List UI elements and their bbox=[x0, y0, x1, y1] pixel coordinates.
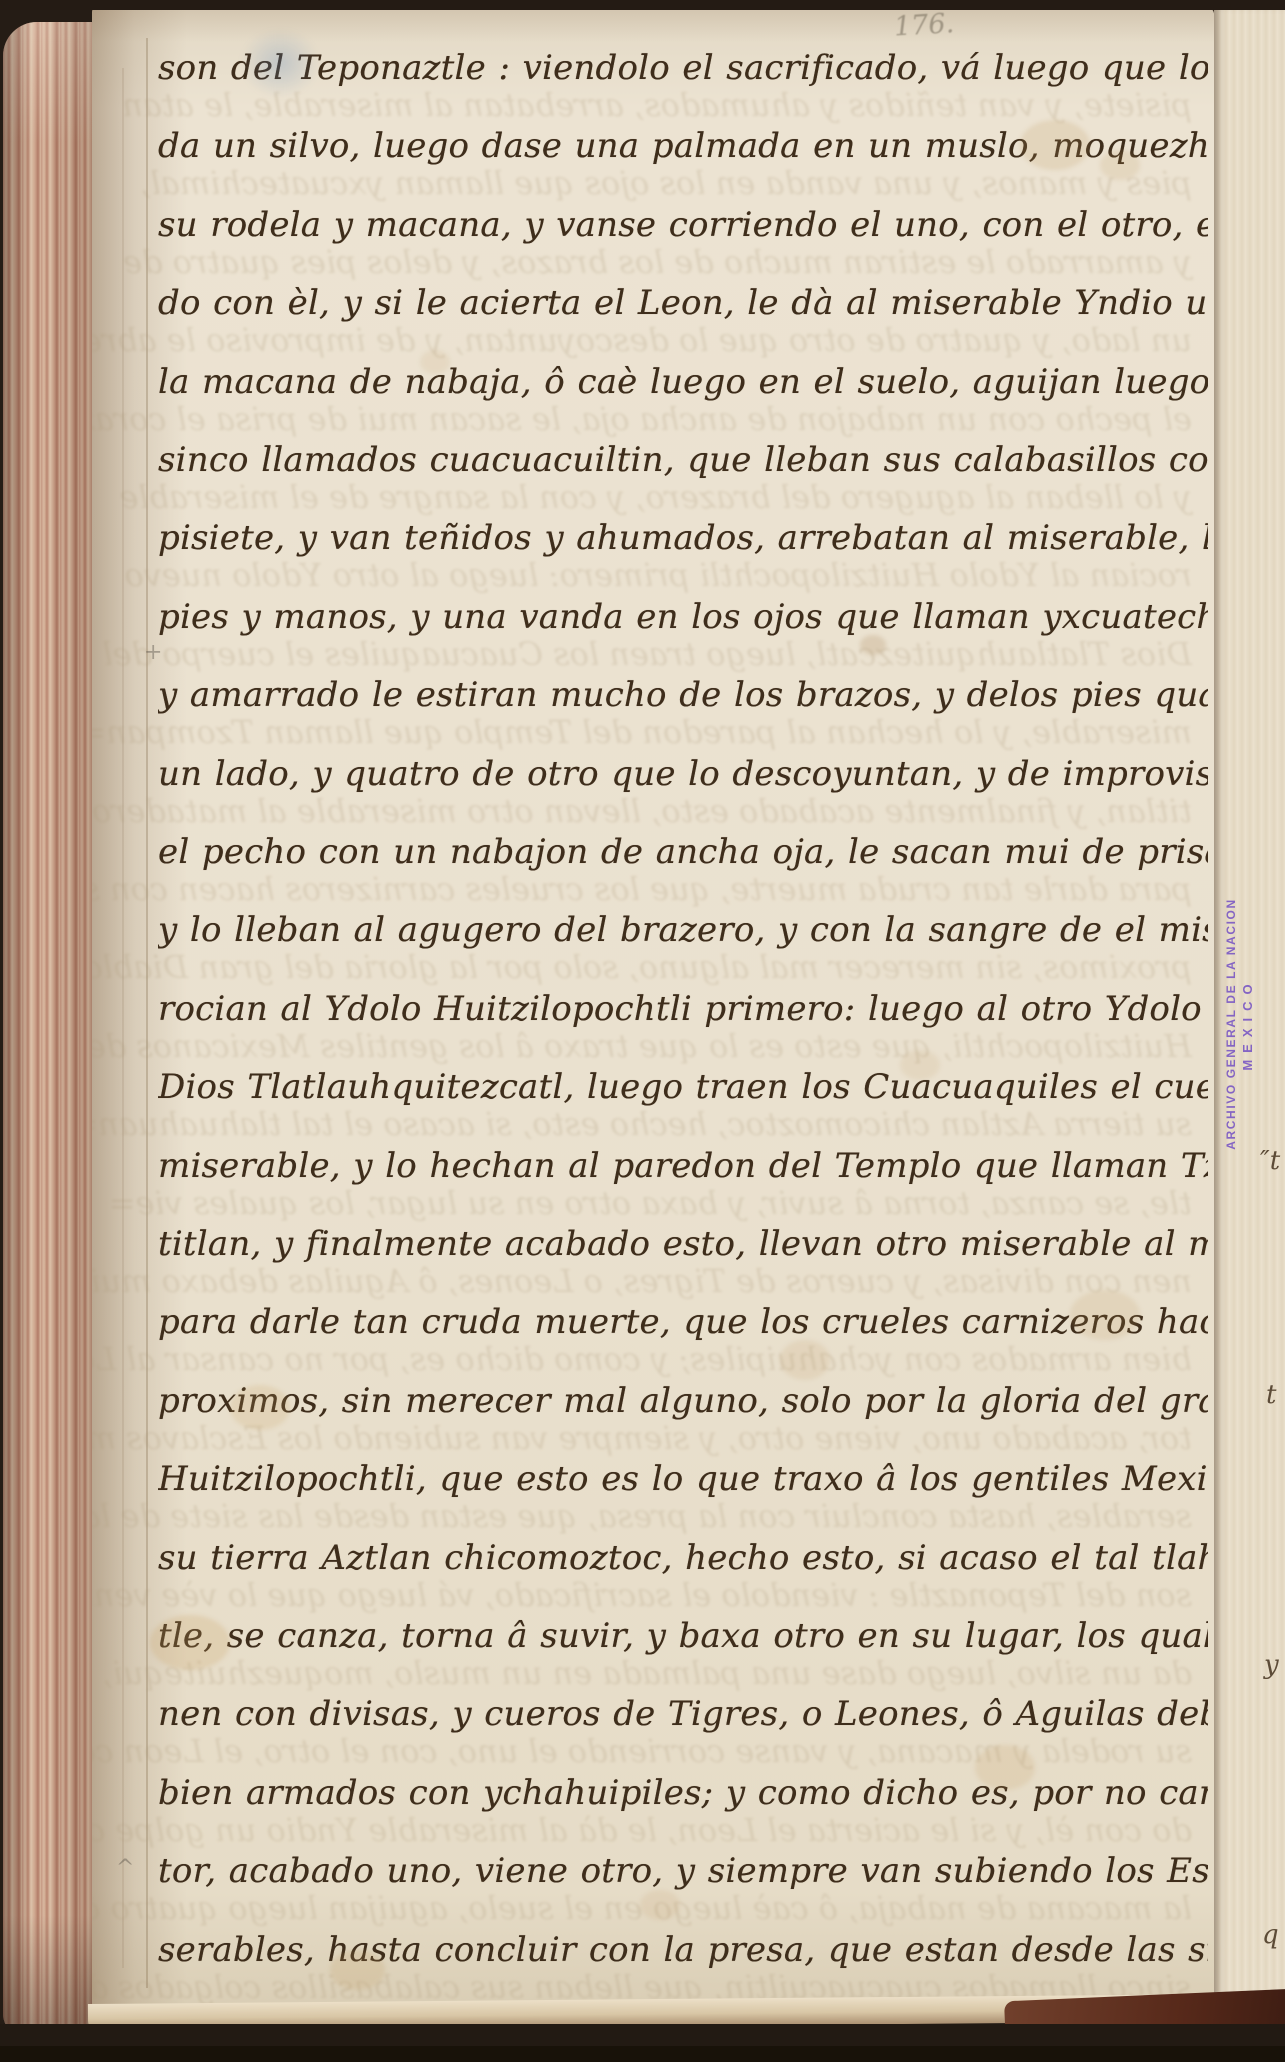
manuscript-line: serables, hasta concluir con la presa, q… bbox=[158, 1930, 1208, 1971]
next-page-text-fragment: ″t bbox=[1260, 1146, 1280, 1176]
manuscript-line: la macana de nabaja, ô caè luego en el s… bbox=[158, 362, 1208, 403]
manuscript-line: do con èl, y si le acierta el Leon, le d… bbox=[158, 283, 1208, 324]
manuscript-line: y lo lleban al agugero del brazero, y co… bbox=[158, 910, 1208, 951]
manuscript-line: pies y manos, y una vanda en los ojos qu… bbox=[158, 597, 1208, 638]
manuscript-line: Dios Tlatlauhquitezcatl, luego traen los… bbox=[158, 1067, 1208, 1108]
manuscript-line: nen con divisas, y cueros de Tigres, o L… bbox=[158, 1694, 1208, 1735]
photo-background-top bbox=[0, 0, 1285, 10]
manuscript-line: bien armados con ychahuipiles; y como di… bbox=[158, 1773, 1208, 1814]
handwritten-text-layer: son del Teponaztle : viendolo el sacrifi… bbox=[92, 8, 1214, 2012]
archive-stamp: ARCHIVO GENERAL DE LA NACION MEXICO bbox=[1220, 856, 1272, 1196]
manuscript-line: su rodela y macana, y vanse corriendo el… bbox=[158, 205, 1208, 246]
ink-smudge bbox=[240, 28, 320, 98]
manuscript-photo: pisiete, y van teñidos y ahumados, arreb… bbox=[0, 0, 1285, 2062]
next-page-text-fragment: y bbox=[1264, 1650, 1279, 1680]
manuscript-line: titlan, y finalmente acabado esto, lleva… bbox=[158, 1224, 1208, 1265]
manuscript-line: tor, acabado uno, viene otro, y siempre … bbox=[158, 1851, 1208, 1892]
book-fore-edge-right: ARCHIVO GENERAL DE LA NACION MEXICO ″t t… bbox=[1214, 8, 1285, 2010]
manuscript-line: para darle tan cruda muerte, que los cru… bbox=[158, 1302, 1208, 1343]
manuscript-line: miserable, y lo hechan al paredon del Te… bbox=[158, 1146, 1208, 1187]
manuscript-line: el pecho con un nabajon de ancha oja, le… bbox=[158, 832, 1208, 873]
manuscript-line: tle, se canza, torna â suvir, y baxa otr… bbox=[158, 1616, 1208, 1657]
next-page-text-fragment: t bbox=[1266, 1380, 1276, 1410]
manuscript-line: y amarrado le estiran mucho de los brazo… bbox=[158, 675, 1208, 716]
manuscript-line: pisiete, y van teñidos y ahumados, arreb… bbox=[158, 518, 1208, 559]
manuscript-line: sinco llamados cuacuacuiltin, que lleban… bbox=[158, 440, 1208, 481]
manuscript-line: Huitzilopochtli, que esto es lo que trax… bbox=[158, 1459, 1208, 1500]
manuscript-line: proximos, sin merecer mal alguno, solo p… bbox=[158, 1381, 1208, 1422]
archive-stamp-text: ARCHIVO GENERAL DE LA NACION bbox=[1224, 856, 1238, 1192]
manuscript-line: rocian al Ydolo Huitzilopochtli primero:… bbox=[158, 989, 1208, 1030]
pencil-mark: + bbox=[144, 640, 162, 665]
manuscript-page: pisiete, y van teñidos y ahumados, arreb… bbox=[92, 8, 1214, 2012]
manuscript-line: su tierra Aztlan chicomoztoc, hecho esto… bbox=[158, 1538, 1208, 1579]
pencil-mark: ^ bbox=[116, 1856, 134, 1881]
photo-background-bottom bbox=[0, 2046, 1285, 2062]
folio-number: 176. bbox=[893, 8, 955, 43]
next-page-text-fragment: q bbox=[1262, 1920, 1279, 1950]
archive-stamp-text: MEXICO bbox=[1240, 856, 1255, 1192]
manuscript-line: un lado, y quatro de otro que lo descoyu… bbox=[158, 754, 1208, 795]
